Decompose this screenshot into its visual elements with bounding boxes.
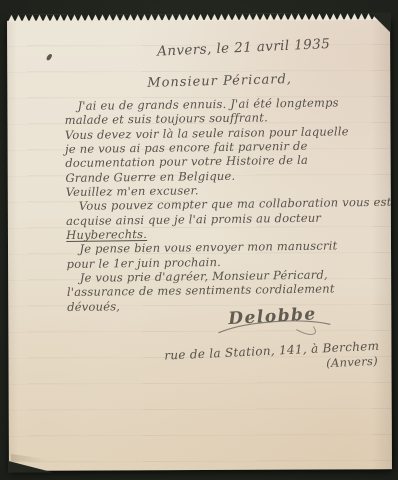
fold-crease-bottom-left <box>11 454 63 462</box>
dateline: Anvers, le 21 avril 1935 <box>157 36 331 60</box>
serrated-edge <box>8 13 389 22</box>
ink-speck <box>46 53 53 61</box>
address-block: rue de la Station, 141, à Berchem (Anver… <box>164 339 380 378</box>
salutation: Monsieur Péricard, <box>147 72 292 91</box>
letter-body: J'ai eu de grands ennuis. J'ai été longt… <box>64 95 393 314</box>
signature-flourish <box>212 316 342 341</box>
scan-background: Anvers, le 21 avril 1935 Monsieur Périca… <box>0 0 398 480</box>
paper-sheet: Anvers, le 21 avril 1935 Monsieur Périca… <box>7 19 392 471</box>
clipped-corner-top-right <box>370 12 391 33</box>
